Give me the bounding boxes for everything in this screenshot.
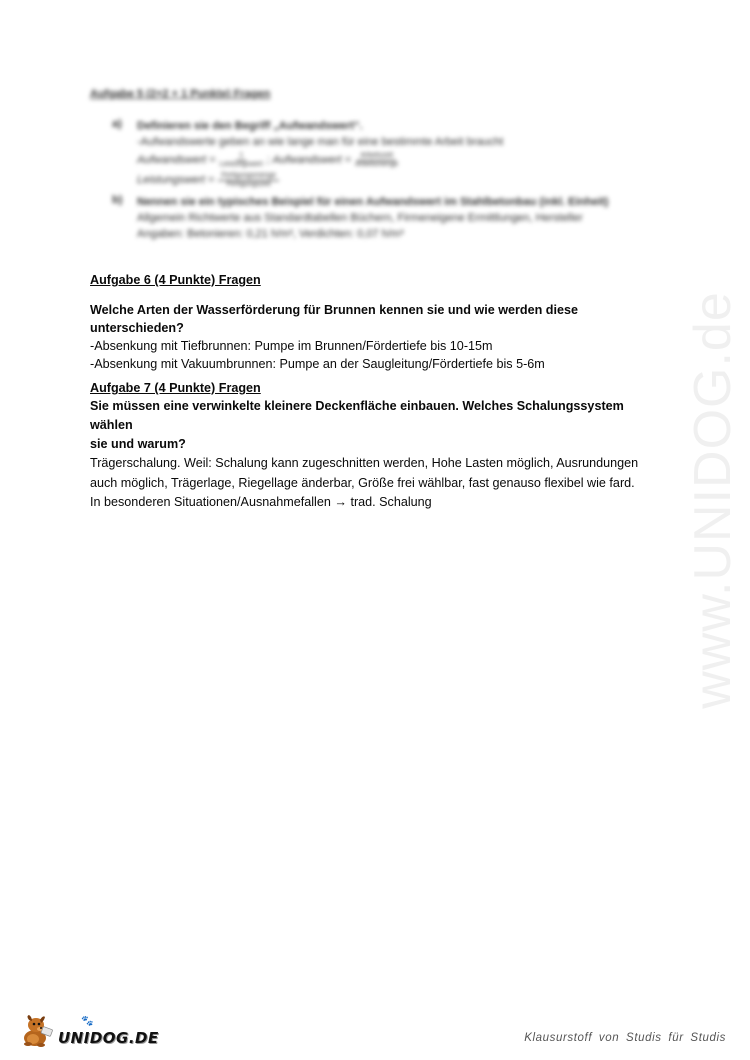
formula-line-2: Leistungswert = Fertigungsmenge Fertigun… <box>137 170 660 190</box>
task-6-answer-line: -Absenkung mit Tiefbrunnen: Pumpe im Bru… <box>90 337 670 355</box>
task-7-answer-line: Trägerschalung. Weil: Schalung kann zuge… <box>90 454 670 474</box>
item-label: b) <box>112 194 137 242</box>
item-label: a) <box>112 118 137 190</box>
fraction: Fertigungsmenge Fertigungszeit <box>218 172 278 189</box>
blurred-preview-section: Aufgabe 5 (2+2 + 1 Punkte) Fragen a) Def… <box>90 88 660 242</box>
denominator: Arbeitsmenge <box>355 161 398 169</box>
formula-lhs: Aufwandswert = <box>137 150 216 170</box>
task-5-heading: Aufgabe 5 (2+2 + 1 Punkte) Fragen <box>90 88 270 100</box>
fraction: 1 Leistungswert <box>220 152 263 169</box>
watermark: www.UNIDOG.de <box>683 291 743 709</box>
formula-line-1: Aufwandswert = 1 Leistungswert ; Aufwand… <box>137 150 660 170</box>
numerator: Arbeitszeit <box>357 152 396 161</box>
task-5b-answer-line: Angaben: Betonieren: 0,21 h/m³, Verdicht… <box>137 226 660 242</box>
task-7-question-line: Sie müssen eine verwinkelte kleinere Dec… <box>90 397 670 435</box>
denominator: Fertigungszeit <box>227 181 271 189</box>
task-7-heading: Aufgabe 7 (4 Punkte) Fragen <box>90 379 670 397</box>
fraction: Arbeitszeit Arbeitsmenge <box>355 152 398 169</box>
task-7-section: Aufgabe 7 (4 Punkte) Fragen Sie müssen e… <box>90 379 670 513</box>
document-page: Aufgabe 5 (2+2 + 1 Punkte) Fragen a) Def… <box>0 0 750 1060</box>
formula-lhs: Leistungswert = <box>137 170 214 190</box>
logo-text: UNIDOG.DE <box>58 1029 159 1047</box>
footer-tagline: Klausurstoff von Studis für Studis <box>524 1032 726 1044</box>
task-7-answer-line: auch möglich, Trägerlage, Riegellage änd… <box>90 474 670 494</box>
task-5a-answer: -Aufwandswerte geben an wie lange man fü… <box>137 134 660 150</box>
dog-mascot-icon <box>20 1012 56 1048</box>
task-5a-question: Definieren sie den Begriff „Aufwandswert… <box>137 118 660 134</box>
document-content: Aufgabe 6 (4 Punkte) Fragen Welche Arten… <box>90 271 670 513</box>
task-5b-question: Nennen sie ein typisches Beispiel für ei… <box>137 194 660 210</box>
numerator: Fertigungsmenge <box>218 172 278 181</box>
task-6-section: Aufgabe 6 (4 Punkte) Fragen Welche Arten… <box>90 271 670 373</box>
task-5a: a) Definieren sie den Begriff „Aufwandsw… <box>112 118 660 190</box>
task-6-question: Welche Arten der Wasserförderung für Bru… <box>90 301 670 337</box>
task-6-heading: Aufgabe 6 (4 Punkte) Fragen <box>90 271 670 289</box>
unidog-logo[interactable]: 🐾 UNIDOG.DE <box>20 1012 159 1048</box>
task-5b: b) Nennen sie ein typisches Beispiel für… <box>112 194 660 242</box>
task-7-answer-line: In besonderen Situationen/Ausnahmefallen… <box>90 493 670 513</box>
formula-lhs: ; Aufwandswert = <box>267 150 351 170</box>
task-5b-answer-line: Allgemein Richtwerte aus Standardtabelle… <box>137 210 660 226</box>
task-7-question-line: sie und warum? <box>90 435 670 454</box>
numerator: 1 <box>236 152 246 161</box>
paw-icon: 🐾 <box>81 1017 93 1027</box>
denominator: Leistungswert <box>220 161 263 169</box>
task-6-answer-line: -Absenkung mit Vakuumbrunnen: Pumpe an d… <box>90 355 670 373</box>
